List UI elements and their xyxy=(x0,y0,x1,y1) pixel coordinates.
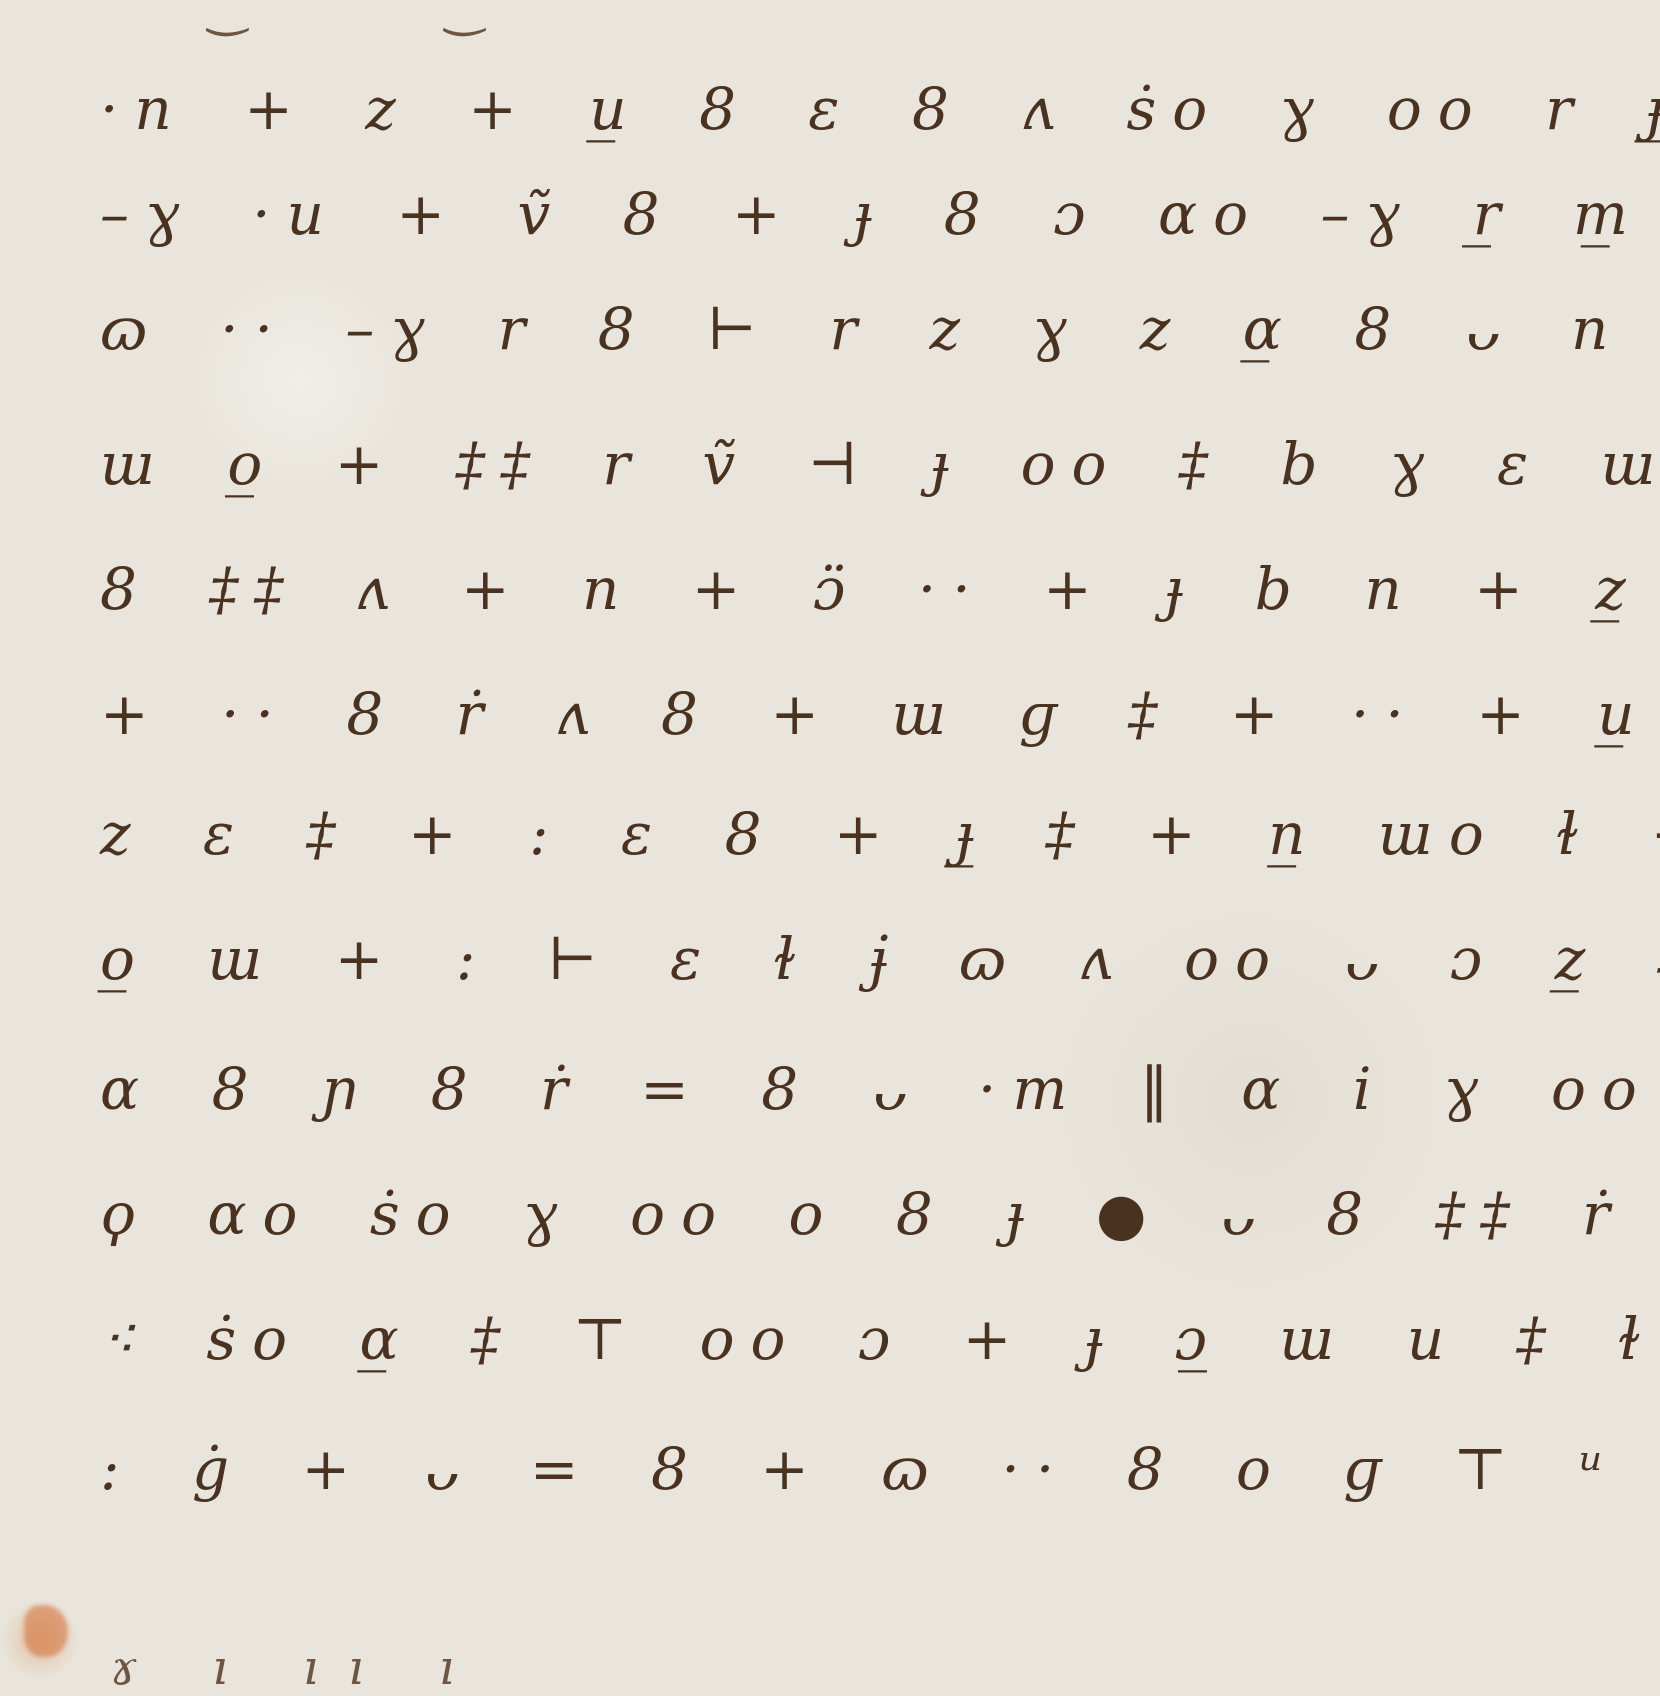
cipher-line-12: : ġ + ᴗ = 8 + ɷ ·· 8 o ɡ ⊤ ᵘ ᴗ ɟ̲ ɯ ‡ xyxy=(100,1435,1660,1503)
cropped-top-line: ˜ ‿ ⌒ ‿ xyxy=(110,0,515,39)
manuscript-page: ˜ ‿ ⌒ ‿ ·n + z + u̲ 8 ɛ 8 ʌ ṡo ɣ oo r ɟ̲… xyxy=(0,0,1660,1696)
cipher-line-11: ⁖ ṡo ɑ̲ ‡ ⊤ oo ɔ + ɟ ɔ̲ ɯ u ‡ ɫ ɑ ɣ oo xyxy=(100,1305,1660,1373)
cipher-line-7: z ɛ ‡ + : ɛ 8 + ɟ̲ ‡ + n̲ ɯo ɫ + ·· + xyxy=(100,800,1660,868)
cipher-line-1: ·n + z + u̲ 8 ɛ 8 ʌ ṡo ɣ oo r ɟ̲ ‡ b o r… xyxy=(100,75,1660,143)
cipher-line-5: 8 ‡‡ ʌ + n + ɔ̈ ·· + ɟ b n + z̲ ɛ oo ·n … xyxy=(100,555,1660,623)
cipher-line-6: + ·· 8 ṙ ʌ 8 + ɯ ɡ ‡ + ·· + u̲ ɫ ÷ b ǫ ɛ xyxy=(100,680,1660,748)
cipher-line-2: –ɣ ·u + ṽ 8 + ɟ 8 ɔ ɑo –ɣ r̲ m̲ ov r̲ 8 … xyxy=(100,180,1660,248)
cipher-line-3: ɷ ·· –ɣ r 8 ⊢ r z ɣ z ɑ̲ 8 ᴗ n 8 ‡‡ ᴗ̲ xyxy=(100,295,1660,363)
red-stain xyxy=(24,1605,68,1657)
cipher-line-9: ɑ 8 ɲ 8 ṙ = 8 ᴗ ·m ‖ ɑ i ɣ oo : ‡ r̲ 8 + xyxy=(100,1055,1660,1123)
cipher-line-10: ϙ ɑo ṡo ɣ oo o 8 ɟ ● ᴗ 8 ‡‡ ṙ ʌ 8 + n̲ ɣ xyxy=(100,1180,1660,1248)
cipher-line-4: ɯ o̲ + ‡‡ r ṽ ⊣ ɟ oo ‡ b ɣ ɛ ɯ + ɟ ȯ 8 xyxy=(100,430,1660,498)
cipher-line-8: o̲ ɯ + : ⊢ ɛ ɫ ɟ̇ ɷ ʌ oo ᴗ ɔ z̲ ‡ r oo xyxy=(100,925,1660,993)
cropped-bottom-line: ɤ ı ıı ı xyxy=(110,1640,484,1696)
